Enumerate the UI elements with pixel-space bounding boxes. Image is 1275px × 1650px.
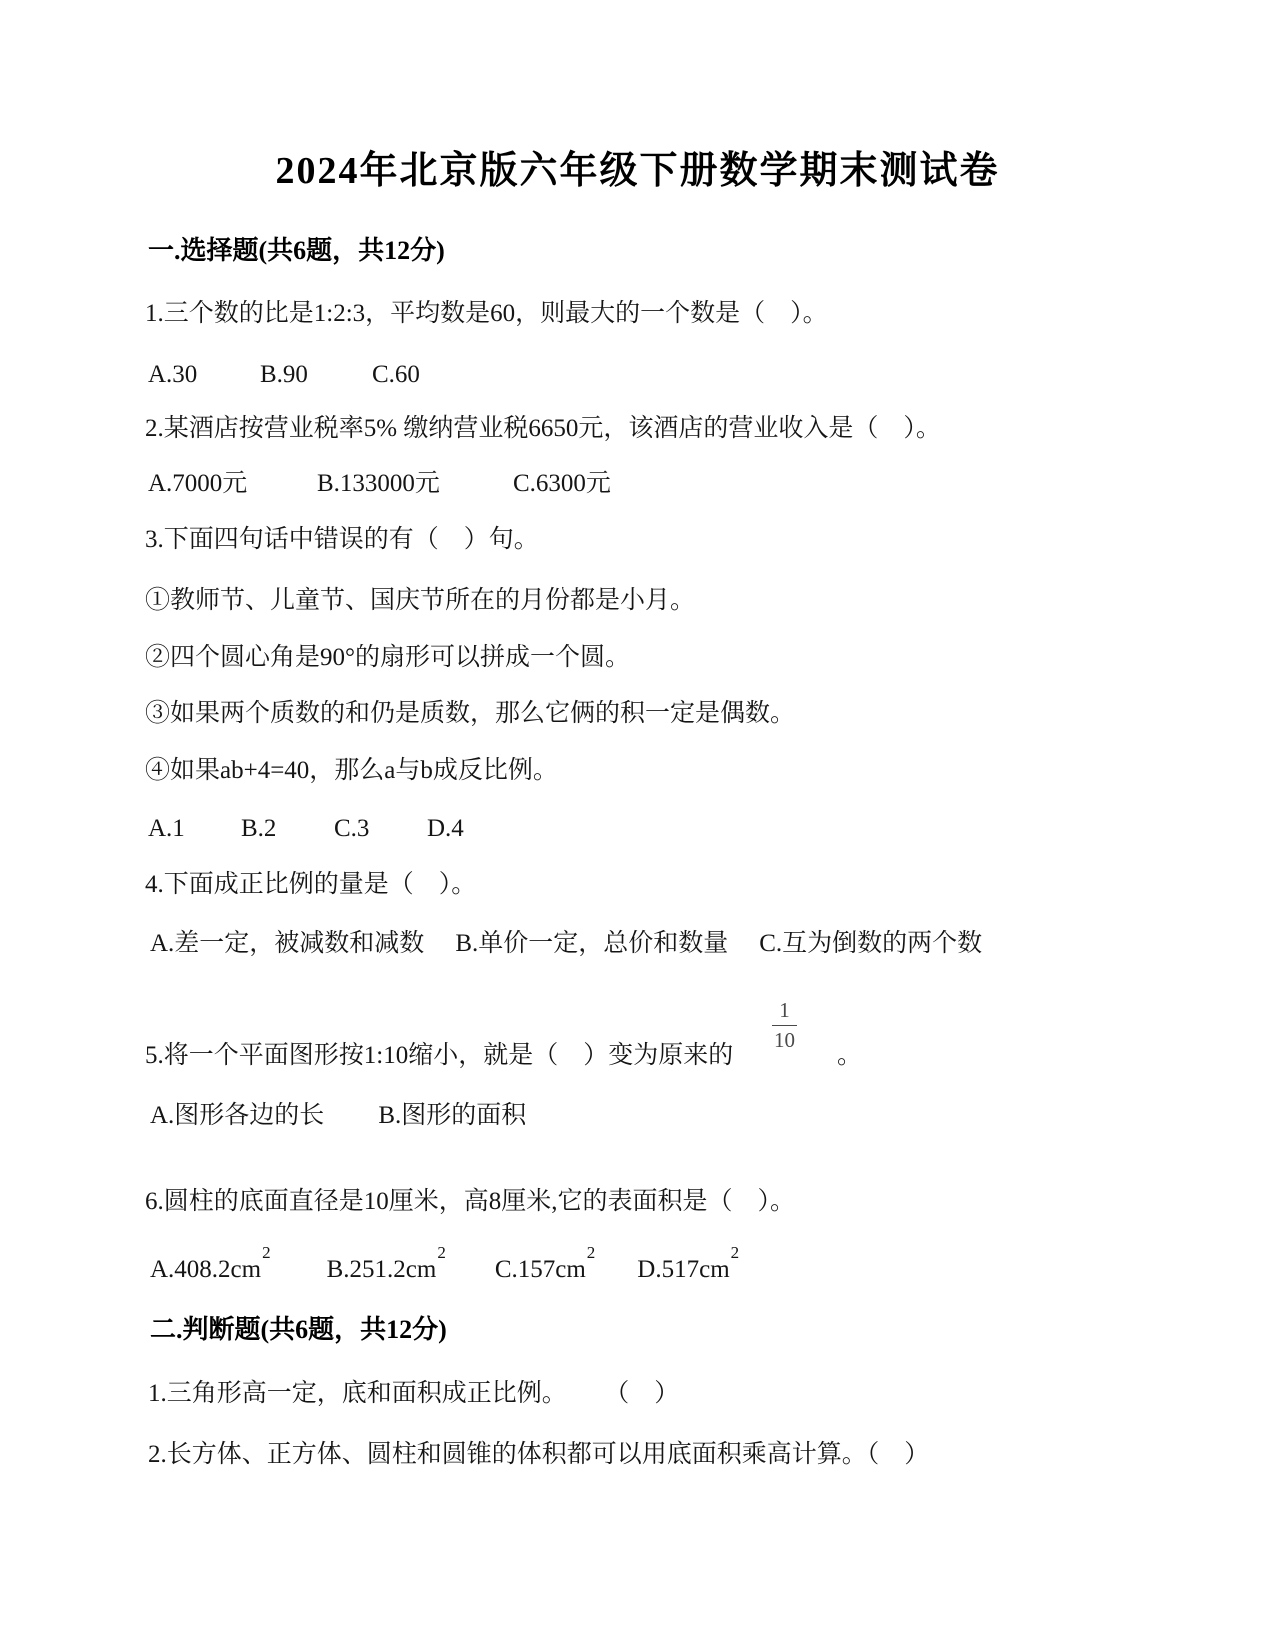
- fraction-numerator: 1: [774, 1000, 795, 1025]
- question-5-text-before: 5.将一个平面图形按1:10缩小，就是（ ）变为原来的: [145, 1042, 733, 1069]
- option-b-base: B.251.2cm: [327, 1256, 437, 1283]
- question-4-text: 4.下面成正比例的量是（ ）。: [145, 871, 476, 900]
- option-b-superscript: 2: [437, 1243, 446, 1262]
- question-4-options: A.差一定，被减数和减数B.单价一定，总价和数量C.互为倒数的两个数: [150, 930, 982, 959]
- section2-heading: 二.判断题(共6题，共12分): [150, 1315, 447, 1345]
- judge-question-2-answer-blank: （ ）: [867, 1441, 930, 1468]
- option-b: B.单价一定，总价和数量: [455, 930, 728, 957]
- option-c: C.6300元: [513, 470, 611, 497]
- question-2-text: 2.某酒店按营业税率5% 缴纳营业税6650元，该酒店的营业收入是（ ）。: [145, 415, 941, 444]
- judge-question-1-text: 1.三角形高一定，底和面积成正比例。: [148, 1380, 567, 1407]
- option-d-superscript: 2: [731, 1243, 740, 1262]
- option-b: B.90: [260, 361, 372, 390]
- question-3-statement-3: ③如果两个质数的和仍是质数，那么它俩的积一定是偶数。: [145, 700, 795, 729]
- question-2-options: A.7000元B.133000元C.6300元: [148, 470, 611, 499]
- option-a: A.差一定，被减数和减数: [150, 930, 424, 957]
- option-a: A.图形各边的长: [150, 1102, 324, 1129]
- question-5-text-after: 。: [837, 1042, 862, 1071]
- option-d: D.4: [427, 815, 464, 842]
- question-1-options: A.30B.90C.60: [148, 361, 420, 390]
- option-a: A.408.2cm2: [150, 1256, 271, 1283]
- question-6-options: A.408.2cm2B.251.2cm2C.157cm2D.517cm2: [150, 1253, 739, 1285]
- question-6-text: 6.圆柱的底面直径是10厘米，高8厘米,它的表面积是（ ）。: [145, 1188, 795, 1217]
- page-title: 2024年北京版六年级下册数学期末测试卷: [0, 150, 1275, 194]
- option-c-superscript: 2: [587, 1243, 596, 1262]
- question-3-text: 3.下面四句话中错误的有（ ）句。: [145, 526, 539, 555]
- option-a: A.7000元: [148, 470, 317, 499]
- question-3-statement-1: ①教师节、儿童节、国庆节所在的月份都是小月。: [145, 587, 695, 616]
- question-3-statement-4: ④如果ab+4=40，那么a与b成反比例。: [145, 757, 558, 786]
- judge-question-2: 2.长方体、正方体、圆柱和圆锥的体积都可以用底面积乘高计算。（ ）: [148, 1441, 929, 1470]
- option-b: B.图形的面积: [378, 1102, 526, 1129]
- fraction-denominator: 10: [772, 1025, 797, 1051]
- option-a: A.30: [148, 361, 260, 390]
- judge-question-1: 1.三角形高一定，底和面积成正比例。（ ）: [148, 1380, 679, 1409]
- option-d-base: D.517cm: [637, 1256, 729, 1283]
- fraction-one-tenth: 1 10: [772, 1000, 797, 1051]
- option-b: B.2: [241, 815, 334, 844]
- judge-question-1-answer-blank: （ ）: [617, 1380, 680, 1407]
- exam-paper-page: 2024年北京版六年级下册数学期末测试卷 一.选择题(共6题，共12分) 1.三…: [0, 0, 1275, 1650]
- question-5-options: A.图形各边的长B.图形的面积: [150, 1102, 526, 1131]
- judge-question-2-text: 2.长方体、正方体、圆柱和圆锥的体积都可以用底面积乘高计算。: [148, 1441, 867, 1468]
- section1-heading: 一.选择题(共6题，共12分): [148, 236, 445, 266]
- option-c: C.3: [334, 815, 427, 844]
- option-c: C.60: [372, 361, 420, 388]
- option-b: B.133000元: [317, 470, 513, 499]
- option-c: C.157cm2: [495, 1256, 595, 1283]
- option-a-base: A.408.2cm: [150, 1256, 261, 1283]
- option-c-base: C.157cm: [495, 1256, 586, 1283]
- question-3-options: A.1B.2C.3D.4: [148, 815, 464, 844]
- question-1-text: 1.三个数的比是1:2:3，平均数是60，则最大的一个数是（ ）。: [145, 300, 828, 329]
- option-b: B.251.2cm2: [327, 1256, 446, 1283]
- question-5-text: 5.将一个平面图形按1:10缩小，就是（ ）变为原来的 1 10 。: [145, 1042, 733, 1071]
- option-a-superscript: 2: [262, 1243, 271, 1262]
- option-d: D.517cm2: [637, 1256, 739, 1283]
- option-c: C.互为倒数的两个数: [759, 930, 982, 957]
- option-a: A.1: [148, 815, 241, 844]
- question-3-statement-2: ②四个圆心角是90°的扇形可以拼成一个圆。: [145, 644, 630, 673]
